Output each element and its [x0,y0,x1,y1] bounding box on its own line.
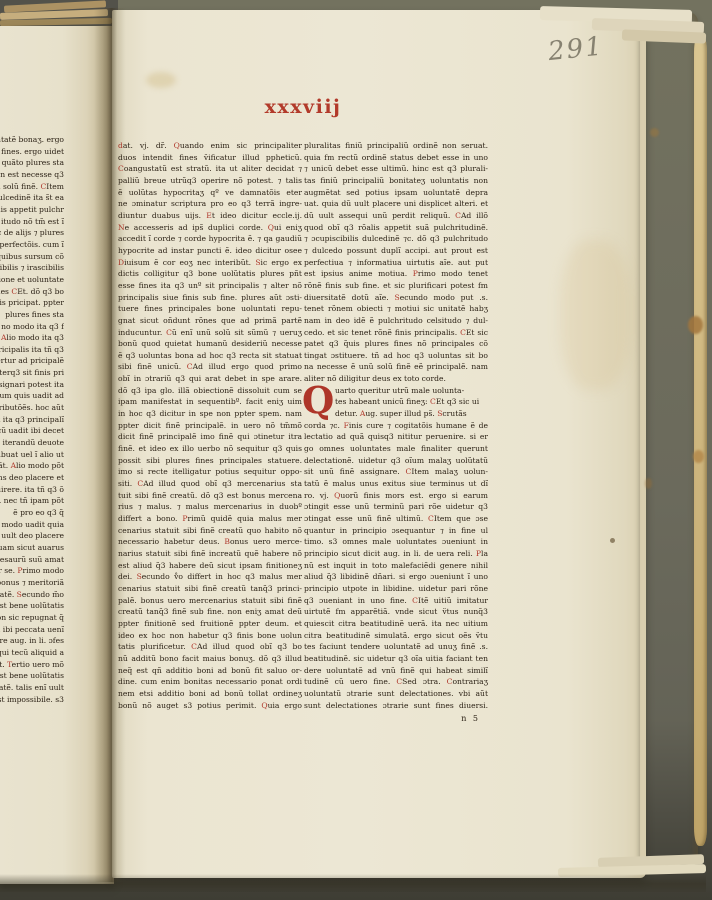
left-page-text-line: ita q3 uult deo placere [0,530,64,542]
text-line: aliud q̃3 libidinẽ dñari. si ergo ɔueniu… [304,571,488,583]
left-page-text-line: plures fines sta [0,309,64,321]
quire-signature: n 5 [400,714,480,723]
text-line: ẽ q3 uoluntas bona ad hoc q3 recta sit s… [118,350,302,362]
text-line: nem etsi additio boni ad bonũ tollat ord… [118,688,302,700]
text-line: Ne accesseris ad ips̃ duplici corde. Qui… [118,222,302,234]
text-line: finẽ. et ideo ex illo uerbo nõ sequitur … [118,443,302,455]
text-line: quia fm rectũ ordinẽ status debet esse i… [304,152,488,164]
left-page-text-line: ertãt. Alio modo põt [0,460,64,472]
left-page-text-line: distributõẽs. hoc aũt [0,402,64,414]
text-line: tas finiũ principaliũ bonitateʒ uoluntat… [304,175,488,187]
text-line: imo si recte itelligatur potius sequitur… [118,466,302,478]
text-line: duos intendit fines v̈ificatur illud pph… [118,152,302,164]
left-page-text-fragments: ntatẽ bonaʒ. ergofines. ergo uidetsit qu… [0,134,64,712]
text-line: tuit sibi finẽ creatũ. dõ q3 est bonus m… [118,490,302,502]
text-line: citra beatitudinẽ simulatã. ergo sicut o… [304,630,488,642]
text-line: ideo ex hoc non habetur q3 finis bone uo… [118,630,302,642]
folio-number-heading: xxxviij [118,96,488,118]
left-page-text-line: sit quãto plures sta [0,157,64,169]
text-line: rius ⁊ malus. ⁊ malus mercenarius in duo… [118,501,302,513]
left-page-text-line: sic de alijs ⁊ plures [0,227,64,239]
text-line: possit sibi plures fines principales sta… [118,455,302,467]
text-line: patet q3 q̃uis plures fines nõ principal… [304,338,488,350]
left-page-text-line: hoc est impossibile. s3 [0,694,64,706]
left-page-text-line: nim ibi peccata uenĩ [0,624,64,636]
text-line: dat. vj. dr̃. Quando enim sic principali… [118,140,302,152]
text-line: ɔtingit esse unũ terminũ pari rõe uidetu… [304,501,488,513]
text-line: timo. s3 omnes male uoluntates ɔueniunt … [304,536,488,548]
text-line: ipam manifestat in sequentibº. facit eni… [118,396,302,408]
left-page-text-line: piscibilis ⁊ irascibilis [0,262,64,274]
text-line: dictis colligitur q3 bone uolũtatis plur… [118,268,302,280]
text-line: ppter finitionẽ sed fruitionẽ ppter deum… [118,618,302,630]
text-line: inducuntur. Cũ enĩ unũ solũ sit sũmũ ⁊ u… [118,327,302,339]
text-line: dere uoluntatẽ ad vnũ finẽ qui habeat si… [304,665,488,677]
left-page-text-line: ñ non sic repugnat q̃ [0,612,64,624]
left-page-text-line: q3 uterq3 sit finis pri [0,367,64,379]
left-page-text-line: ntatẽ. talis enĩ uult [0,682,64,694]
text-line: cenarius statuit sibi finẽ creatũ tanq̃3… [118,583,302,595]
text-line: neq̃ est qñ additio boni ad bonũ fit sal… [118,665,302,677]
left-page-text-line: .s. cum quis uadit ad [0,390,64,402]
text-line: augmẽtat sed potius ipsam uoluntatẽ depr… [304,187,488,199]
text-line: palẽ. bonus uero mercenarius statuit sib… [118,595,302,607]
left-page-text-line: est bonus ⁊ meritoriã [0,577,64,589]
text-line: tenet rõnem obiecti ⁊ motiui sic unitatẽ… [304,303,488,315]
text-line: tes faciunt tendere uoluntatẽ ad unuʒ fi… [304,641,488,653]
text-line: ⁊ ɔcupiscibilis dulcedinẽ ⁊c. dõ q3 pulc… [304,233,488,245]
text-line: principio sicut dicit aug. in li. de uer… [304,548,488,560]
left-page-text-line: e quibus sursum cõ [0,251,64,263]
text-line: nũ est inquit in toto malefaciẽdi genere… [304,560,488,572]
vellum-cover-edge [694,34,707,846]
text-line: sit unũ finẽ assignare. CItem malaʒ uolu… [304,466,488,478]
text-line: hypocrite ad instar puncti ẽ. ideo dicit… [118,245,302,257]
text-line: siti. CAd illud quod obĩ q3 mercenarius … [118,478,302,490]
left-page-text-line: ẽ pro eo q3 q̃ [0,507,64,519]
text-line: cenarius statuit sibi finẽ creatũ quo ha… [118,525,302,537]
text-line: palliũ breue utrũq3 operire nõ potest. ⁊… [118,175,302,187]
left-page-text-line: rõalis appetit pulchr [0,204,64,216]
text-line: ẽ uolũtas hypocritaʒ qº ve damnatõis ete… [118,187,302,199]
left-page-text-line: ntatẽ bonaʒ. ergo [0,134,64,146]
text-line: go omnes uoluntates male finaliter queru… [304,443,488,455]
text-line: narius statuit sibi finẽ increatũ quẽ ha… [118,548,302,560]
book-photo: ntatẽ bonaʒ. ergofines. ergo uidetsit qu… [0,0,712,900]
text-line: obĩ in ɔtrariũ q3 qui arat debet in spe … [118,373,302,385]
text-column-1: dat. vj. dr̃. Quando enim sic principali… [118,140,302,711]
left-page-text-line: fert. nec tñ ipam põt [0,495,64,507]
left-page-text-line: fines. ergo uidet [0,146,64,158]
left-page-text-line: quirere. ita tñ q3 õ [0,484,64,496]
left-page-text-line: itudo nõ tm̃ est ĩ [0,216,64,228]
text-line: dei. Secundo v̊o differt in hoc q3 malus… [118,571,302,583]
left-page-text-line: tribuat uel ĩ alio ut [0,449,64,461]
text-line: bonũ nõ auget s3 potius perimit. Quia er… [118,700,302,712]
text-line: diuersitatẽ dotũ aĩe. Secundo modo put .… [304,292,488,304]
text-line: q3 ɔueniant in uno fine. CItẽ uitiũ imit… [304,595,488,607]
text-line: nũ additũ bono facit maius bonuʒ. dõ q3 … [118,653,302,665]
text-line: bonũ quod quietat humanũ desideriũ neces… [118,338,302,350]
text-line: ɔtingat esse unũ finẽ ultimũ. CItem que … [304,513,488,525]
left-page-text-line: no modo ita q3 f [0,321,64,333]
text-line: diuntur duabus uijs. Et ideo dicitur ecc… [118,210,302,222]
text-line: differt a bono. Primũ quidẽ quia malus m… [118,513,302,525]
text-line: quiescit citra beatitudinẽ uerã. ita nec… [304,618,488,630]
text-line: rõnẽ finis sub fine. et sic plurificari … [304,280,488,292]
text-line: est ipsius anime motiua. Primo modo tene… [304,268,488,280]
text-line: dũ uult assequi unũ perdit reliquũ. CAd … [304,210,488,222]
page-stack-edge [640,12,698,866]
left-page-text-line: thesaurũ suũ amat [0,554,64,566]
text-line: dõ q3 ipa glo. illã obiectionẽ dissoluit… [118,385,302,397]
text-line: uirtutẽ fm apparẽtiã. vnde sicut v̈tus n… [304,606,488,618]
left-page-text-line: Aut ita q3 principalĩ [0,414,64,426]
text-line: uat. quia dũ uult placere uni displicet … [304,198,488,210]
text-line: necessario habetur deus. Bonus uero merc… [118,536,302,548]
left-page-text-line: hoc iterandũ deuote [0,437,64,449]
text-line: principio utpote in libidine. uidetur pa… [304,583,488,595]
text-line: ro. vj. Quorũ finis mors est. ergo si ea… [304,490,488,502]
text-line: tingat ɔstituere. tñ ad hoc q3 uoluntas … [304,350,488,362]
text-line: Coangustatũ est stratũ. ita ut aliter de… [118,163,302,175]
left-page-text-line: assignari potest ita [0,379,64,391]
text-line: pluralitas finiũ principaliũ ordinẽ non … [304,140,488,152]
text-line: uoluntatũ ɔtrarie sunt delectationes. vb… [304,688,488,700]
left-page-text-line: nõ pricipalis ita tñ q3 [0,344,64,356]
left-page-text-line: io modo uadit quia [0,519,64,531]
text-line: tatũ ẽ malus unus exitus siue terminus u… [304,478,488,490]
text-line: sibi finẽ unicũ. CAd illud ergo quod pri… [118,361,302,373]
left-page-text-line: non est bene uolũtatis [0,670,64,682]
left-page-text-line: refertur ad pricipalẽ [0,355,64,367]
text-line: sunt delectationes ɔtrarie sunt fines di… [304,700,488,712]
text-line: ne ɔminatur scriptura pro eo q3 terrã in… [118,198,302,210]
text-line: in hoc q3 dicitur in spe non ppter spem.… [118,408,302,420]
text-line: beatitudinẽ. sic uidetur q3 oĩa uitia fa… [304,653,488,665]
text-line: lectatio ad quã quisq3 nititur peruenire… [304,431,488,443]
text-line: tatis plurificetur. CAd illud quod obĩ q… [118,641,302,653]
left-page-text-line: actione et uoluntate [0,274,64,286]
text-line: Diuisum ẽ cor eoʒ nec interibũt. Sic erg… [118,257,302,269]
left-page-text-line: quam sicut auarus [0,542,64,554]
text-line: quod obĩ q3 rõalis appetit suã pulchritu… [304,222,488,234]
text-line: ⁊ unicũ debet esse ultimũ. hinc est q3 p… [304,163,488,175]
left-page-text-line: oluntatẽ. Secundo m̃o [0,589,64,601]
left-page-text-line: perfectõis. cum ĩ [0,239,64,251]
left-page-text-line: endens deo placere et [0,472,64,484]
text-line: nam in deo idẽ ẽ pulchritudo celsitudo ⁊… [304,315,488,327]
text-line: accedit ĩ corde ⁊ corde hypocrita ẽ. ⁊ q… [118,233,302,245]
left-page-text-line: Alio modo ita q3 [0,332,64,344]
left-page-text-line: ã solũ finẽ. CItem [0,181,64,193]
left-page-text-line: mat. Tertio uero mõ [0,659,64,671]
left-page-text-line: finis pricipat. ppter [0,297,64,309]
text-line: esse fines ita q3 unº sit principalis ⁊ … [118,280,302,292]
text-column-2: pluralitas finiũ principaliũ ordinẽ non … [304,140,488,711]
left-page-text-line: nõ est bene uolũtatis [0,600,64,612]
text-line: dicit finẽ principalẽ imo finẽ qui ɔtine… [118,431,302,443]
text-line: creatũ tanq̃3 finẽ sub fine. non eniʒ am… [118,606,302,618]
text-line: cedo. et sic tenet rõnẽ finis principali… [304,327,488,339]
left-page-text-line: nes CEt. dõ q3 bo [0,286,64,298]
text-line: perfectiua ⁊ informatiua uirtutis aĩe. a… [304,257,488,269]
text-line: ppter dicit finẽ principalẽ. in uero nõ … [118,420,302,432]
text-line: tudinẽ cũ uero fine. CSed ɔtra. Contrari… [304,676,488,688]
left-page-text-line: non est necesse q3 [0,169,64,181]
rubricated-initial: Q [302,383,332,417]
text-line: est aliud q̃3 habere deũ sicut ipsam fin… [118,560,302,572]
text-line: delectationẽ. uidetur q3 oĩum malaʒ uolũ… [304,455,488,467]
text-line: gnat sicut oñdunt rõnes que ad primã par… [118,315,302,327]
left-page-text-line: dicere aug. in li. ɔfes [0,635,64,647]
left-page-text-line: t qui tecũ aliquid a [0,647,64,659]
left-page-text-line: dulcedinẽ ita s̃t ea [0,192,64,204]
text-line: quantur in principio ɔsequantur ⁊ in fin… [304,525,488,537]
left-page-text-line: dei cũ uadit ibi decet [0,425,64,437]
text-line: tuere fines principales bone uoluntati r… [118,303,302,315]
text-line: na necesse ẽ unũ solũ finẽ eẽ principalẽ… [304,361,488,373]
text-line: ⁊ dulcedo possunt duplĩ accipi. aut prou… [304,245,488,257]
text-line: principalis siue finis sub fine. plures … [118,292,302,304]
left-page-text-line: opter se. Primo modo [0,565,64,577]
text-line: dine. cum enim bonitas necessario ponat … [118,676,302,688]
